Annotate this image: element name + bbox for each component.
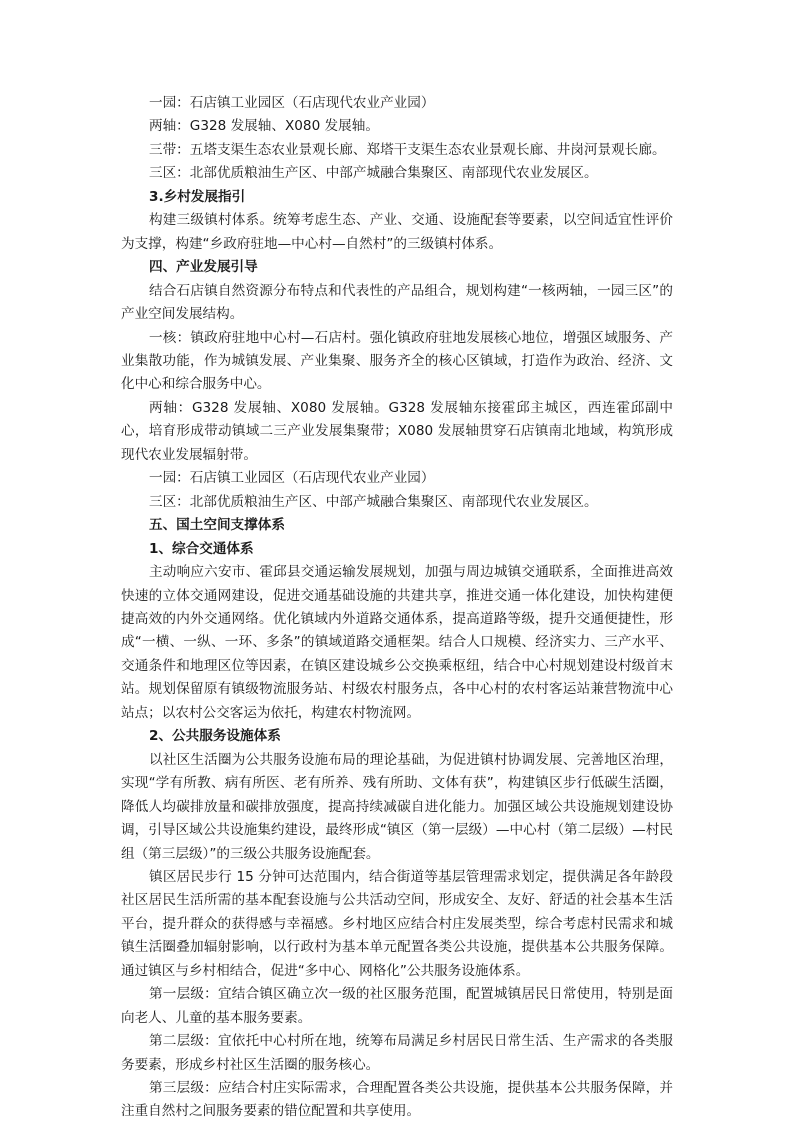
paragraph-yiyuan-2: 一园：石店镇工业园区（石店现代农业产业园）: [121, 467, 673, 490]
paragraph-public-service-basis: 以社区生活圈为公共服务设施布局的理论基础，为促进镇村协调发展、完善地区治理，实现…: [121, 749, 673, 866]
paragraph-sandai: 三带：五塔支渠生态农业景观长廊、郑塔干支渠生态农业景观长廊、井岗河景观长廊。: [121, 139, 673, 162]
heading-rural-development-guide: 3.乡村发展指引: [121, 186, 673, 209]
paragraph-industry-structure: 结合石店镇自然资源分布特点和代表性的产品组合，规划构建“一核两轴，一园三区”的产…: [121, 280, 673, 327]
paragraph-liangzhou-detail: 两轴：G328 发展轴、X080 发展轴。G328 发展轴东接霍邱主城区，西连霍…: [121, 397, 673, 467]
heading-spatial-support-system: 五、国土空间支撑体系: [121, 514, 673, 537]
document-page: 一园：石店镇工业园区（石店现代农业产业园） 两轴：G328 发展轴、X080 发…: [121, 92, 673, 1122]
heading-public-service-system: 2、公共服务设施体系: [121, 725, 673, 748]
paragraph-15min-circle: 镇区居民步行 15 分钟可达范围内，结合街道等基层管理需求划定，提供满足各年龄段…: [121, 866, 673, 983]
heading-transport-system: 1、综合交通体系: [121, 538, 673, 561]
paragraph-liangzhou: 两轴：G328 发展轴、X080 发展轴。: [121, 115, 673, 138]
paragraph-level-one: 第一层级：宜结合镇区确立次一级的社区服务范围，配置城镇居民日常使用，特别是面向老…: [121, 983, 673, 1030]
heading-industry-development: 四、产业发展引导: [121, 256, 673, 279]
paragraph-town-village-system: 构建三级镇村体系。统筹考虑生态、产业、交通、设施配套等要素，以空间适宜性评价为支…: [121, 209, 673, 256]
paragraph-level-three: 第三层级：应结合村庄实际需求，合理配置各类公共设施，提供基本公共服务保障，并注重…: [121, 1077, 673, 1122]
paragraph-sanqu: 三区：北部优质粮油生产区、中部产城融合集聚区、南部现代农业发展区。: [121, 162, 673, 185]
paragraph-yiyuan: 一园：石店镇工业园区（石店现代农业产业园）: [121, 92, 673, 115]
paragraph-transport: 主动响应六安市、霍邱县交通运输发展规划，加强与周边城镇交通联系，全面推进高效快速…: [121, 561, 673, 725]
paragraph-level-two: 第二层级：宜依托中心村所在地，统筹布局满足乡村居民日常生活、生产需求的各类服务要…: [121, 1030, 673, 1077]
paragraph-yihe: 一核：镇政府驻地中心村—石店村。强化镇政府驻地发展核心地位，增强区域服务、产业集…: [121, 327, 673, 397]
paragraph-sanqu-2: 三区：北部优质粮油生产区、中部产城融合集聚区、南部现代农业发展区。: [121, 491, 673, 514]
